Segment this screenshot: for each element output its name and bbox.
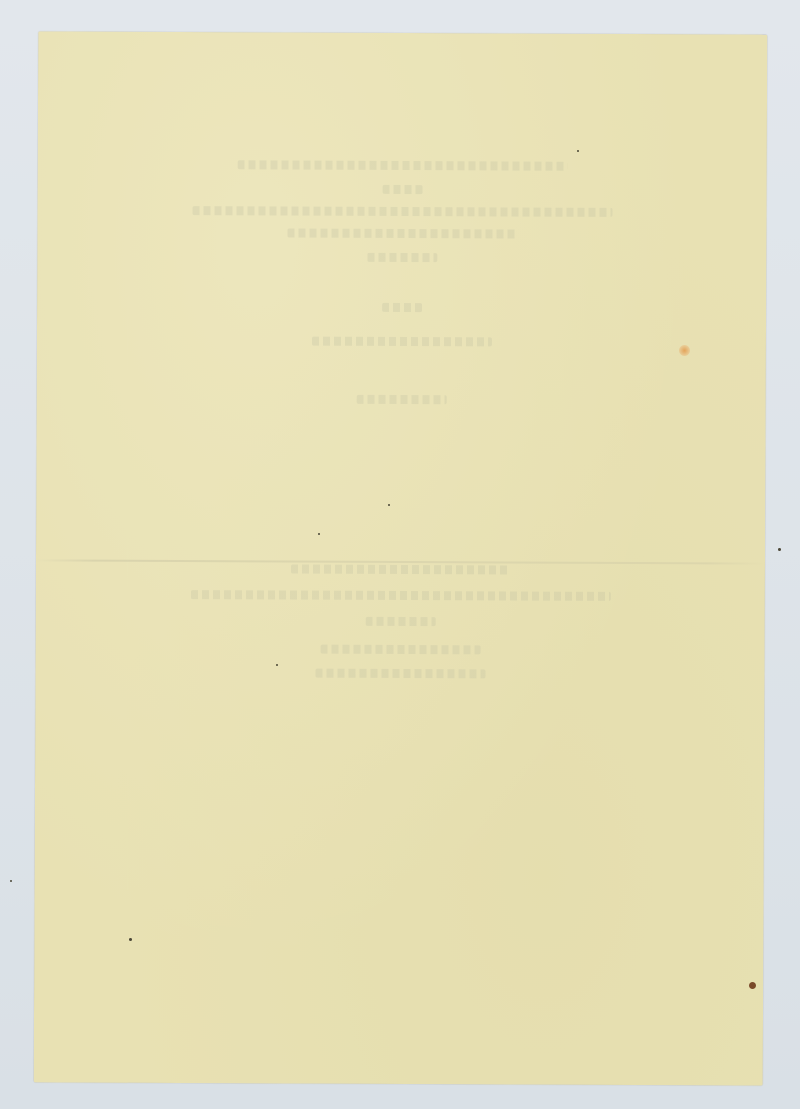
- dust-speck: [778, 548, 781, 551]
- show-through-line: [192, 206, 612, 217]
- show-through-line: [315, 669, 485, 679]
- show-through-line: [320, 645, 480, 655]
- show-through-line: [365, 617, 435, 626]
- paper-sheet: [34, 31, 768, 1085]
- show-through-line: [190, 590, 610, 601]
- show-through-line: [287, 229, 517, 239]
- dust-speck: [276, 664, 278, 666]
- show-through-line: [311, 337, 491, 347]
- show-through-line: [237, 160, 567, 170]
- dust-speck: [318, 533, 320, 535]
- orange-stain: [679, 345, 690, 356]
- show-through-line: [382, 303, 422, 312]
- dust-speck: [388, 504, 390, 506]
- brown-stain: [749, 982, 756, 989]
- dust-speck: [129, 938, 132, 941]
- show-through-line: [382, 185, 422, 194]
- show-through-line: [367, 253, 437, 262]
- fold-crease: [36, 559, 765, 564]
- show-through-line: [290, 565, 510, 575]
- dust-speck: [577, 150, 579, 152]
- dust-speck: [10, 880, 12, 882]
- show-through-line: [356, 395, 446, 404]
